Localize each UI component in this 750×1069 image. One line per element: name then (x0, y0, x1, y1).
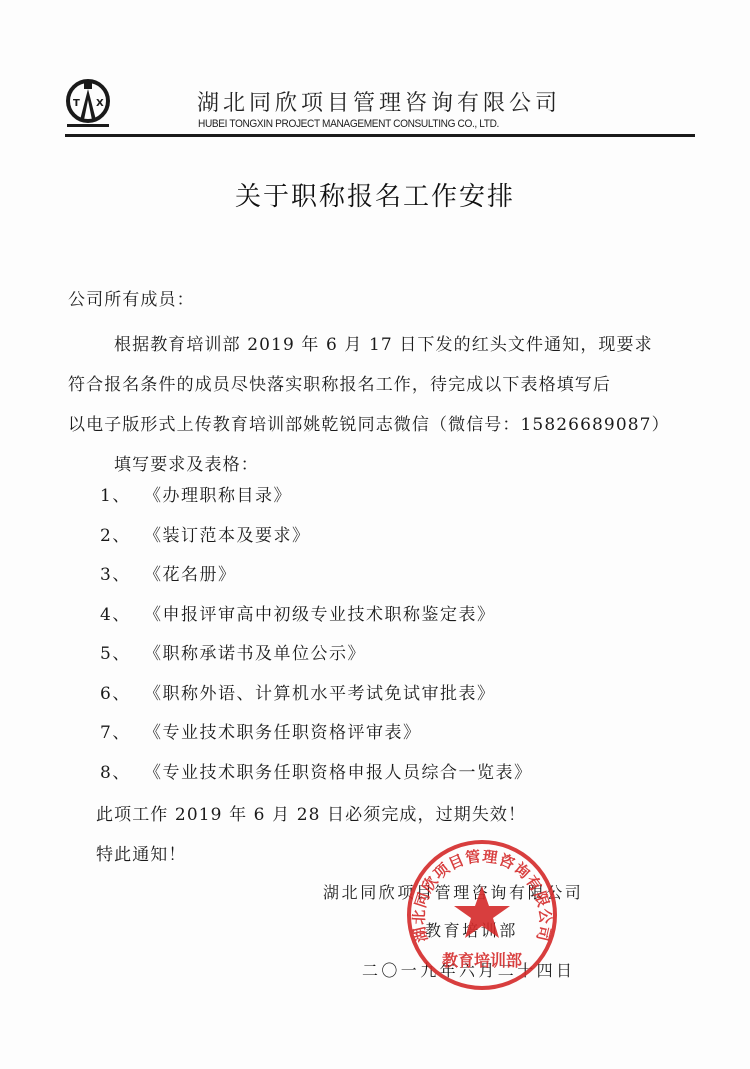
item-text: 《装订范本及要求》 (144, 526, 311, 546)
item-number: 4、 (100, 601, 144, 629)
closing-remark: 特此通知！ (96, 840, 187, 865)
item-text: 《专业技术职务任职资格申报人员综合一览表》 (144, 763, 533, 783)
list-item: 8、《专业技术职务任职资格申报人员综合一览表》 (100, 759, 533, 799)
paragraph-line-2: 符合报名条件的成员尽快落实职称报名工作，待完成以下表格填写后 (68, 370, 611, 395)
letterhead-divider (65, 134, 695, 137)
item-text: 《职称承诺书及单位公示》 (144, 644, 366, 664)
company-name-en: HUBEI TONGXIN PROJECT MANAGEMENT CONSULT… (198, 118, 499, 130)
deadline-notice: 此项工作 2019 年 6 月 28 日必须完成，过期失效！ (96, 800, 526, 825)
document-title: 关于职称报名工作安排 (0, 176, 750, 213)
item-text: 《申报评审高中初级专业技术职称鉴定表》 (144, 605, 496, 625)
list-item: 1、《办理职称目录》 (100, 482, 533, 522)
form-list: 1、《办理职称目录》 2、《装订范本及要求》 3、《花名册》 4、《申报评审高中… (100, 482, 533, 798)
list-item: 4、《申报评审高中初级专业技术职称鉴定表》 (100, 601, 533, 641)
list-item: 3、《花名册》 (100, 561, 533, 601)
paragraph-line-3: 以电子版形式上传教育培训部姚乾锐同志微信（微信号：15826689087） (68, 410, 670, 435)
salutation: 公司所有成员： (68, 285, 195, 310)
seal-center-text: 教育培训部 (442, 951, 522, 970)
paragraph-line-1: 根据教育培训部 2019 年 6 月 17 日下发的红头文件通知，现要求 (114, 330, 653, 355)
list-item: 7、《专业技术职务任职资格评审表》 (100, 719, 533, 759)
svg-text:T: T (73, 98, 80, 109)
item-text: 《专业技术职务任职资格评审表》 (144, 723, 422, 743)
item-number: 3、 (100, 561, 144, 589)
item-number: 7、 (100, 719, 144, 747)
item-number: 2、 (100, 522, 144, 550)
company-name-cn: 湖北同欣项目管理咨询有限公司 (197, 86, 561, 117)
item-text: 《职称外语、计算机水平考试免试审批表》 (144, 684, 496, 704)
item-text: 《花名册》 (144, 565, 237, 585)
item-number: 1、 (100, 482, 144, 510)
item-text: 《办理职称目录》 (144, 486, 292, 506)
requirements-heading: 填写要求及表格： (114, 450, 259, 475)
company-logo-icon: T X (65, 78, 111, 128)
list-item: 2、《装订范本及要求》 (100, 522, 533, 562)
item-number: 5、 (100, 640, 144, 668)
svg-text:X: X (96, 98, 104, 109)
item-number: 6、 (100, 680, 144, 708)
list-item: 6、《职称外语、计算机水平考试免试审批表》 (100, 680, 533, 720)
list-item: 5、《职称承诺书及单位公示》 (100, 640, 533, 680)
official-seal-icon: 湖北同欣项目管理咨询有限公司 教育培训部 (405, 838, 559, 992)
item-number: 8、 (100, 759, 144, 787)
